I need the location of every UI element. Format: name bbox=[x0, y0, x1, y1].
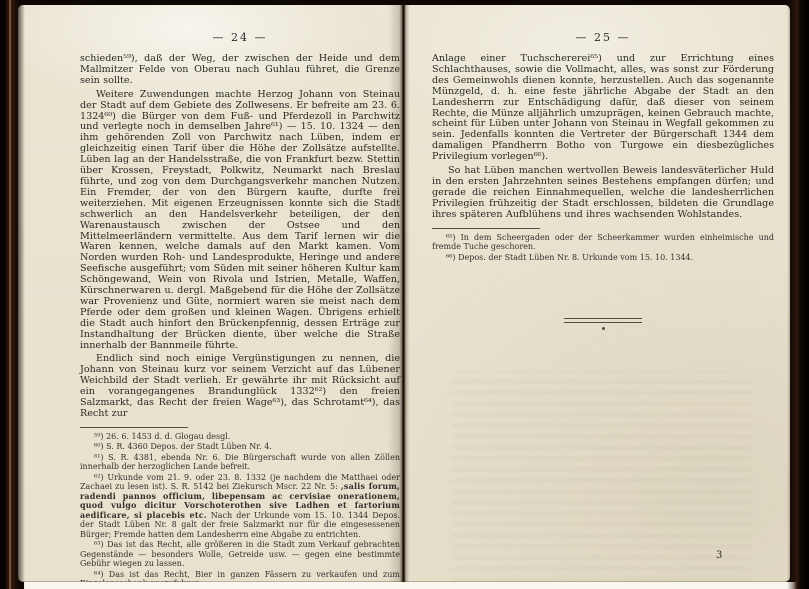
page-number-left: — 24 — bbox=[80, 31, 400, 44]
page-right: — 25 — Anlage einer Tuchschererei⁶⁵) und… bbox=[432, 31, 774, 571]
page-left: — 24 — schieden⁵⁹), daß der Weg, der zwi… bbox=[80, 31, 400, 589]
scan-background-strip bbox=[24, 582, 809, 589]
paragraph: Weitere Zuwendungen machte Herzog Johann… bbox=[80, 90, 400, 352]
footnote-separator bbox=[432, 228, 540, 229]
paragraph: Anlage einer Tuchschererei⁶⁵) und zur Er… bbox=[432, 54, 774, 163]
footnote-separator bbox=[80, 427, 188, 428]
page-number-right: — 25 — bbox=[432, 31, 774, 44]
paragraph: schieden⁵⁹), daß der Weg, der zwischen d… bbox=[80, 54, 400, 87]
footnote: ⁶⁶) Depos. der Stadt Lüben Nr. 8. Urkund… bbox=[432, 253, 774, 263]
paragraph: Endlich sind noch einige Vergünstigungen… bbox=[80, 354, 400, 419]
photo-edge-top bbox=[0, 0, 809, 5]
footnote: ⁶¹) S. R. 4381, ebenda Nr. 6. Die Bürger… bbox=[80, 453, 400, 472]
footnote: ⁶⁵) In dem Scheergaden oder der Scheerka… bbox=[432, 233, 774, 252]
paragraph: So hat Lüben manchen wertvollen Beweis l… bbox=[432, 166, 774, 221]
footnote: ⁶⁰) S. R. 4360 Depos. der Stadt Lüben Nr… bbox=[80, 442, 400, 452]
footnote: ⁶³) Das ist das Recht, alle größeren in … bbox=[80, 540, 400, 569]
footnote: ⁶²) Urkunde vom 21. 9. oder 23. 8. 1332 … bbox=[80, 473, 400, 540]
book-cover-edge-left bbox=[0, 0, 25, 589]
page-showthrough bbox=[452, 371, 752, 581]
book-cover-edge-right bbox=[787, 0, 809, 589]
divider-dot bbox=[602, 327, 605, 330]
footnote: ⁵⁹) 26. 6. 1453 d. d. Glogau desgl. bbox=[80, 432, 400, 442]
book-gutter-shadow bbox=[388, 5, 418, 582]
section-divider bbox=[564, 318, 642, 323]
